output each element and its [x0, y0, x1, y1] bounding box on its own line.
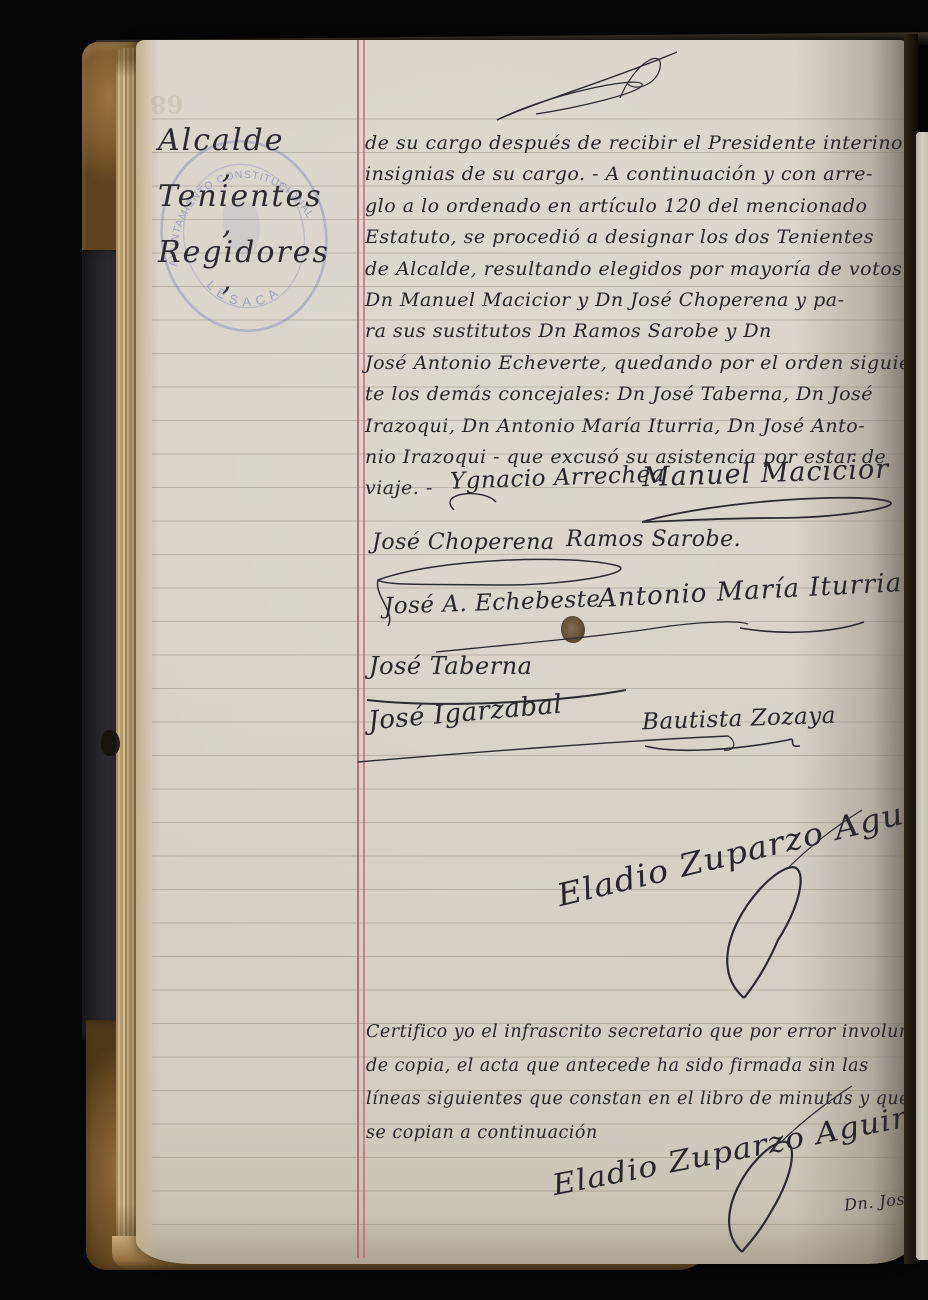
body-line: glo a lo ordenado en artículo 120 del me…: [365, 191, 910, 222]
margin-word-alcalde: Alcalde: [158, 126, 348, 156]
certification-line: de copia, el acta que antecede ha sido f…: [366, 1050, 911, 1084]
ink-blot: [561, 616, 585, 643]
certification-line: Certifico yo el infrascrito secretario q…: [366, 1016, 911, 1050]
certification-line: líneas siguientes que constan en el libr…: [366, 1083, 911, 1117]
body-line: Dn Manuel Macicior y Dn José Choperena y…: [365, 285, 910, 316]
red-margin-line: [357, 40, 359, 1258]
body-line: te los demás concejales: Dn José Taberna…: [365, 379, 910, 410]
dark-spot-on-page-edges: [101, 730, 120, 756]
margin-comma: ,: [222, 268, 348, 294]
next-page-edge: [916, 132, 928, 1260]
certification-text: Certifico yo el infrascrito secretario q…: [366, 1016, 911, 1150]
signature-jose-choperena: José Choperena: [372, 530, 555, 555]
body-line: Irazoqui, Dn Antonio María Iturria, Dn J…: [365, 411, 910, 442]
body-line: José Antonio Echeverte, quedando por el …: [365, 348, 910, 379]
body-line: Estatuto, se procedió a designar los dos…: [365, 222, 910, 253]
margin-word-tenientes: Tenientes: [158, 182, 348, 212]
body-line: ra sus sustitutos Dn Ramos Sarobe y Dn: [365, 316, 910, 347]
margin-word-regidores: Regidores: [158, 238, 348, 268]
body-line: de Alcalde, resultando elegidos por mayo…: [365, 254, 910, 285]
body-line: insignias de su cargo. - A continuación …: [365, 159, 910, 190]
margin-heading: Alcalde , Tenientes , Regidores ,: [158, 126, 348, 294]
body-line: de su cargo después de recibir el Presid…: [365, 128, 910, 159]
manuscript-page: 68 AYUNTAMIENTO CONSTITUCIONAL LESACA Al…: [136, 40, 910, 1264]
bleedthrough-page-number: 68: [150, 89, 184, 119]
photo-backdrop: 68 AYUNTAMIENTO CONSTITUCIONAL LESACA Al…: [0, 0, 928, 1300]
certification-line: se copian a continuación: [366, 1117, 911, 1151]
signature-ramos-sarobe: Ramos Sarobe.: [566, 527, 741, 552]
body-text: de su cargo después de recibir el Presid…: [365, 128, 910, 505]
signature-jose-taberna: José Taberna: [369, 652, 532, 680]
